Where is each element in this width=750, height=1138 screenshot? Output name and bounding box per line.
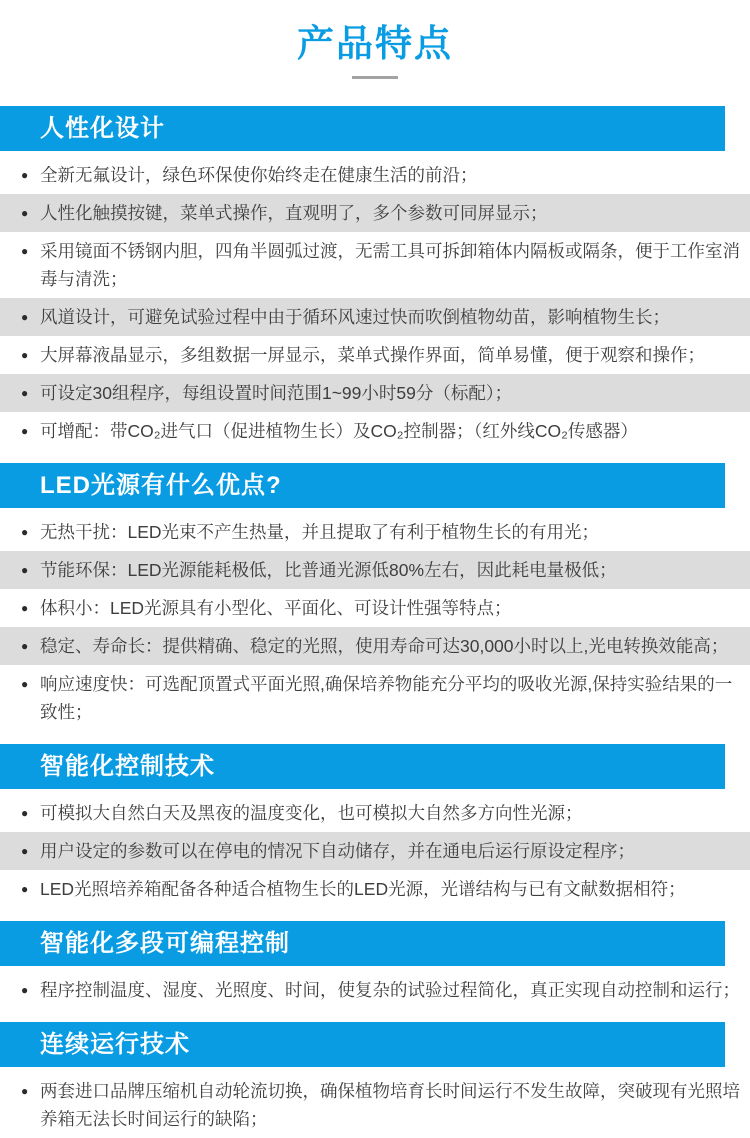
bullet-icon: ● bbox=[21, 199, 28, 227]
list-item-text: 人性化触摸按键，菜单式操作，直观明了，多个参数可同屏显示； bbox=[40, 203, 548, 223]
feature-section: 智能化控制技术●可模拟大自然白天及黑夜的温度变化，也可模拟大自然多方向性光源；●… bbox=[0, 744, 750, 908]
feature-section: 智能化多段可编程控制●程序控制温度、湿度、光照度、时间，使复杂的试验过程简化，真… bbox=[0, 921, 750, 1009]
list-item: ●风道设计，可避免试验过程中由于循环风速过快而吹倒植物幼苗，影响植物生长； bbox=[0, 298, 750, 336]
feature-list: ●两套进口品牌压缩机自动轮流切换，确保植物培育长时间运行不发生故障，突破现有光照… bbox=[0, 1067, 750, 1138]
bullet-icon: ● bbox=[21, 670, 28, 698]
feature-section: LED光源有什么优点?●无热干扰：LED光束不产生热量，并且提取了有利于植物生长… bbox=[0, 463, 750, 731]
bullet-icon: ● bbox=[21, 1077, 28, 1105]
list-item: ●人性化触摸按键，菜单式操作，直观明了，多个参数可同屏显示； bbox=[0, 194, 750, 232]
list-item-text: 程序控制温度、湿度、光照度、时间，使复杂的试验过程简化，真正实现自动控制和运行； bbox=[40, 980, 740, 1000]
section-header: 智能化多段可编程控制 bbox=[0, 921, 725, 966]
section-header: 连续运行技术 bbox=[0, 1022, 725, 1067]
feature-section: 人性化设计●全新无氟设计，绿色环保使你始终走在健康生活的前沿；●人性化触摸按键，… bbox=[0, 106, 750, 450]
bullet-icon: ● bbox=[21, 341, 28, 369]
list-item-text: 可增配：带CO₂进气口（促进植物生长）及CO₂控制器；（红外线CO₂传感器） bbox=[40, 421, 638, 441]
list-item-text: 响应速度快：可选配顶置式平面光照,确保培养物能充分平均的吸收光源,保持实验结果的… bbox=[40, 674, 732, 722]
bullet-icon: ● bbox=[21, 837, 28, 865]
list-item-text: 用户设定的参数可以在停电的情况下自动储存，并在通电后运行原设定程序； bbox=[40, 841, 635, 861]
title-block: 产品特点 bbox=[0, 0, 750, 79]
feature-list: ●全新无氟设计，绿色环保使你始终走在健康生活的前沿；●人性化触摸按键，菜单式操作… bbox=[0, 151, 750, 450]
list-item: ●大屏幕液晶显示，多组数据一屏显示，菜单式操作界面，简单易懂，便于观察和操作； bbox=[0, 336, 750, 374]
feature-list: ●程序控制温度、湿度、光照度、时间，使复杂的试验过程简化，真正实现自动控制和运行… bbox=[0, 966, 750, 1009]
bullet-icon: ● bbox=[21, 303, 28, 331]
list-item: ●采用镜面不锈钢内胆，四角半圆弧过渡，无需工具可拆卸箱体内隔板或隔条，便于工作室… bbox=[0, 232, 750, 298]
list-item-text: 节能环保：LED光源能耗极低，比普通光源低80%左右，因此耗电量极低； bbox=[40, 560, 617, 580]
list-item-text: 采用镜面不锈钢内胆，四角半圆弧过渡，无需工具可拆卸箱体内隔板或隔条，便于工作室消… bbox=[40, 241, 740, 289]
product-features-page: 产品特点 人性化设计●全新无氟设计，绿色环保使你始终走在健康生活的前沿；●人性化… bbox=[0, 0, 750, 1138]
list-item: ●LED光照培养箱配备各种适合植物生长的LED光源，光谱结构与已有文献数据相符； bbox=[0, 870, 750, 908]
list-item: ●可增配：带CO₂进气口（促进植物生长）及CO₂控制器；（红外线CO₂传感器） bbox=[0, 412, 750, 450]
list-item: ●可模拟大自然白天及黑夜的温度变化，也可模拟大自然多方向性光源； bbox=[0, 794, 750, 832]
bullet-icon: ● bbox=[21, 379, 28, 407]
bullet-icon: ● bbox=[21, 799, 28, 827]
list-item: ●可设定30组程序，每组设置时间范围1~99小时59分（标配）； bbox=[0, 374, 750, 412]
bullet-icon: ● bbox=[21, 518, 28, 546]
list-item-text: 可模拟大自然白天及黑夜的温度变化，也可模拟大自然多方向性光源； bbox=[40, 803, 583, 823]
bullet-icon: ● bbox=[21, 632, 28, 660]
feature-list: ●无热干扰：LED光束不产生热量，并且提取了有利于植物生长的有用光；●节能环保：… bbox=[0, 508, 750, 731]
bullet-icon: ● bbox=[21, 417, 28, 445]
list-item-text: 无热干扰：LED光束不产生热量，并且提取了有利于植物生长的有用光； bbox=[40, 522, 599, 542]
bullet-icon: ● bbox=[21, 976, 28, 1004]
list-item-text: 全新无氟设计，绿色环保使你始终走在健康生活的前沿； bbox=[40, 165, 478, 185]
bullet-icon: ● bbox=[21, 875, 28, 903]
title-underline bbox=[352, 76, 398, 79]
bullet-icon: ● bbox=[21, 594, 28, 622]
list-item: ●无热干扰：LED光束不产生热量，并且提取了有利于植物生长的有用光； bbox=[0, 513, 750, 551]
list-item: ●全新无氟设计，绿色环保使你始终走在健康生活的前沿； bbox=[0, 156, 750, 194]
page-title: 产品特点 bbox=[297, 22, 453, 66]
list-item: ●用户设定的参数可以在停电的情况下自动储存，并在通电后运行原设定程序； bbox=[0, 832, 750, 870]
section-header: 人性化设计 bbox=[0, 106, 725, 151]
list-item-text: 体积小：LED光源具有小型化、平面化、可设计性强等特点； bbox=[40, 598, 512, 618]
feature-list: ●可模拟大自然白天及黑夜的温度变化，也可模拟大自然多方向性光源；●用户设定的参数… bbox=[0, 789, 750, 908]
bullet-icon: ● bbox=[21, 161, 28, 189]
section-header: LED光源有什么优点? bbox=[0, 463, 725, 508]
list-item-text: 两套进口品牌压缩机自动轮流切换，确保植物培育长时间运行不发生故障，突破现有光照培… bbox=[40, 1081, 740, 1129]
feature-section: 连续运行技术●两套进口品牌压缩机自动轮流切换，确保植物培育长时间运行不发生故障，… bbox=[0, 1022, 750, 1138]
list-item: ●程序控制温度、湿度、光照度、时间，使复杂的试验过程简化，真正实现自动控制和运行… bbox=[0, 971, 750, 1009]
feature-sections: 人性化设计●全新无氟设计，绿色环保使你始终走在健康生活的前沿；●人性化触摸按键，… bbox=[0, 106, 750, 1138]
list-item-text: LED光照培养箱配备各种适合植物生长的LED光源，光谱结构与已有文献数据相符； bbox=[40, 879, 686, 899]
list-item-text: 稳定、寿命长：提供精确、稳定的光照，使用寿命可达30,000小时以上,光电转换效… bbox=[40, 636, 728, 656]
section-header: 智能化控制技术 bbox=[0, 744, 725, 789]
list-item: ●稳定、寿命长：提供精确、稳定的光照，使用寿命可达30,000小时以上,光电转换… bbox=[0, 627, 750, 665]
list-item: ●响应速度快：可选配顶置式平面光照,确保培养物能充分平均的吸收光源,保持实验结果… bbox=[0, 665, 750, 731]
bullet-icon: ● bbox=[21, 237, 28, 265]
list-item: ●两套进口品牌压缩机自动轮流切换，确保植物培育长时间运行不发生故障，突破现有光照… bbox=[0, 1072, 750, 1138]
list-item: ●节能环保：LED光源能耗极低，比普通光源低80%左右，因此耗电量极低； bbox=[0, 551, 750, 589]
list-item-text: 可设定30组程序，每组设置时间范围1~99小时59分（标配）； bbox=[40, 383, 512, 403]
list-item-text: 风道设计，可避免试验过程中由于循环风速过快而吹倒植物幼苗，影响植物生长； bbox=[40, 307, 670, 327]
bullet-icon: ● bbox=[21, 556, 28, 584]
list-item-text: 大屏幕液晶显示，多组数据一屏显示，菜单式操作界面，简单易懂，便于观察和操作； bbox=[40, 345, 705, 365]
list-item: ●体积小：LED光源具有小型化、平面化、可设计性强等特点； bbox=[0, 589, 750, 627]
